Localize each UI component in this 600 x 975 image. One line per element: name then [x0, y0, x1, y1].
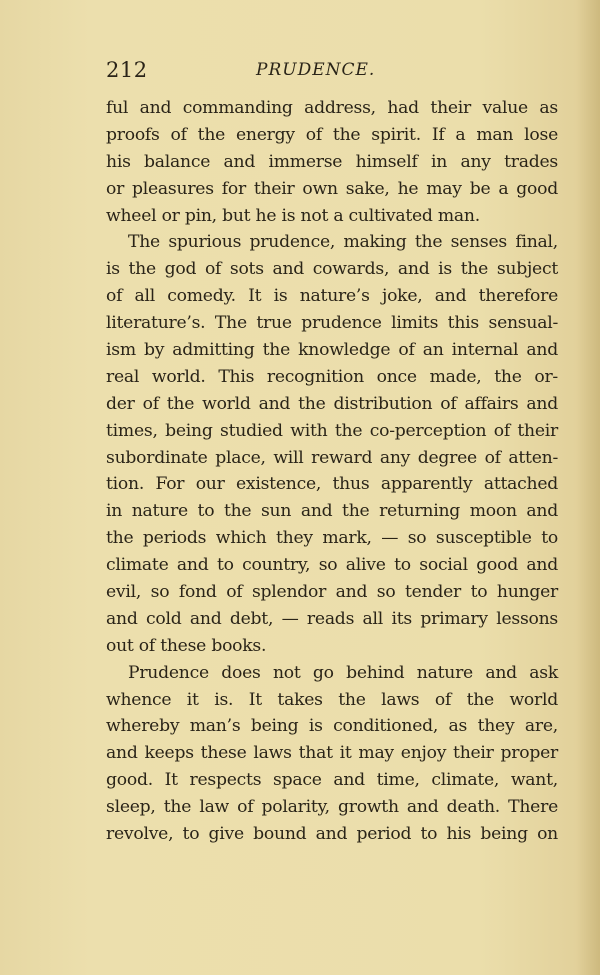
text-line: subordinate place, will reward any degre…: [106, 445, 558, 472]
book-page: 212 PRUDENCE. ful and commanding address…: [106, 58, 558, 848]
text-line: evil, so fond of splendor and so tender …: [106, 579, 558, 606]
text-line: real world. This recognition once made, …: [106, 364, 558, 391]
body-text: ful and commanding address, had their va…: [106, 95, 558, 848]
paragraph: The spurious prudence, making the senses…: [106, 229, 558, 659]
text-line: out of these books.: [106, 633, 558, 660]
text-line: is the god of sots and cowards, and is t…: [106, 256, 558, 283]
text-line: ism by admitting the knowledge of an int…: [106, 337, 558, 364]
paragraph: Prudence does not go behind nature and a…: [106, 660, 558, 848]
text-line: sleep, the law of polarity, growth and d…: [106, 794, 558, 821]
text-line: proofs of the energy of the spirit. If a…: [106, 122, 558, 149]
text-line: good. It respects space and time, climat…: [106, 767, 558, 794]
text-line: of all comedy. It is nature’s joke, and …: [106, 283, 558, 310]
paragraph: ful and commanding address, had their va…: [106, 95, 558, 229]
text-line: or pleasures for their own sake, he may …: [106, 176, 558, 203]
running-title: PRUDENCE.: [256, 60, 375, 80]
text-line: the periods which they mark, — so suscep…: [106, 525, 558, 552]
text-line: his balance and immerse himself in any t…: [106, 149, 558, 176]
text-line: Prudence does not go behind nature and a…: [106, 660, 558, 687]
page-header: 212 PRUDENCE.: [106, 58, 558, 88]
text-line: and keeps these laws that it may enjoy t…: [106, 740, 558, 767]
text-line: whence it is. It takes the laws of the w…: [106, 687, 558, 714]
page-number: 212: [106, 58, 148, 82]
text-line: whereby man’s being is conditioned, as t…: [106, 713, 558, 740]
text-line: times, being studied with the co-percept…: [106, 418, 558, 445]
text-line: der of the world and the distribution of…: [106, 391, 558, 418]
text-line: The spurious prudence, making the senses…: [106, 229, 558, 256]
text-line: in nature to the sun and the returning m…: [106, 498, 558, 525]
text-line: wheel or pin, but he is not a cultivated…: [106, 203, 558, 230]
text-line: tion. For our existence, thus apparently…: [106, 471, 558, 498]
text-line: climate and to country, so alive to soci…: [106, 552, 558, 579]
text-line: ful and commanding address, had their va…: [106, 95, 558, 122]
text-line: and cold and debt, — reads all its prima…: [106, 606, 558, 633]
text-line: literature’s. The true prudence limits t…: [106, 310, 558, 337]
text-line: revolve, to give bound and period to his…: [106, 821, 558, 848]
